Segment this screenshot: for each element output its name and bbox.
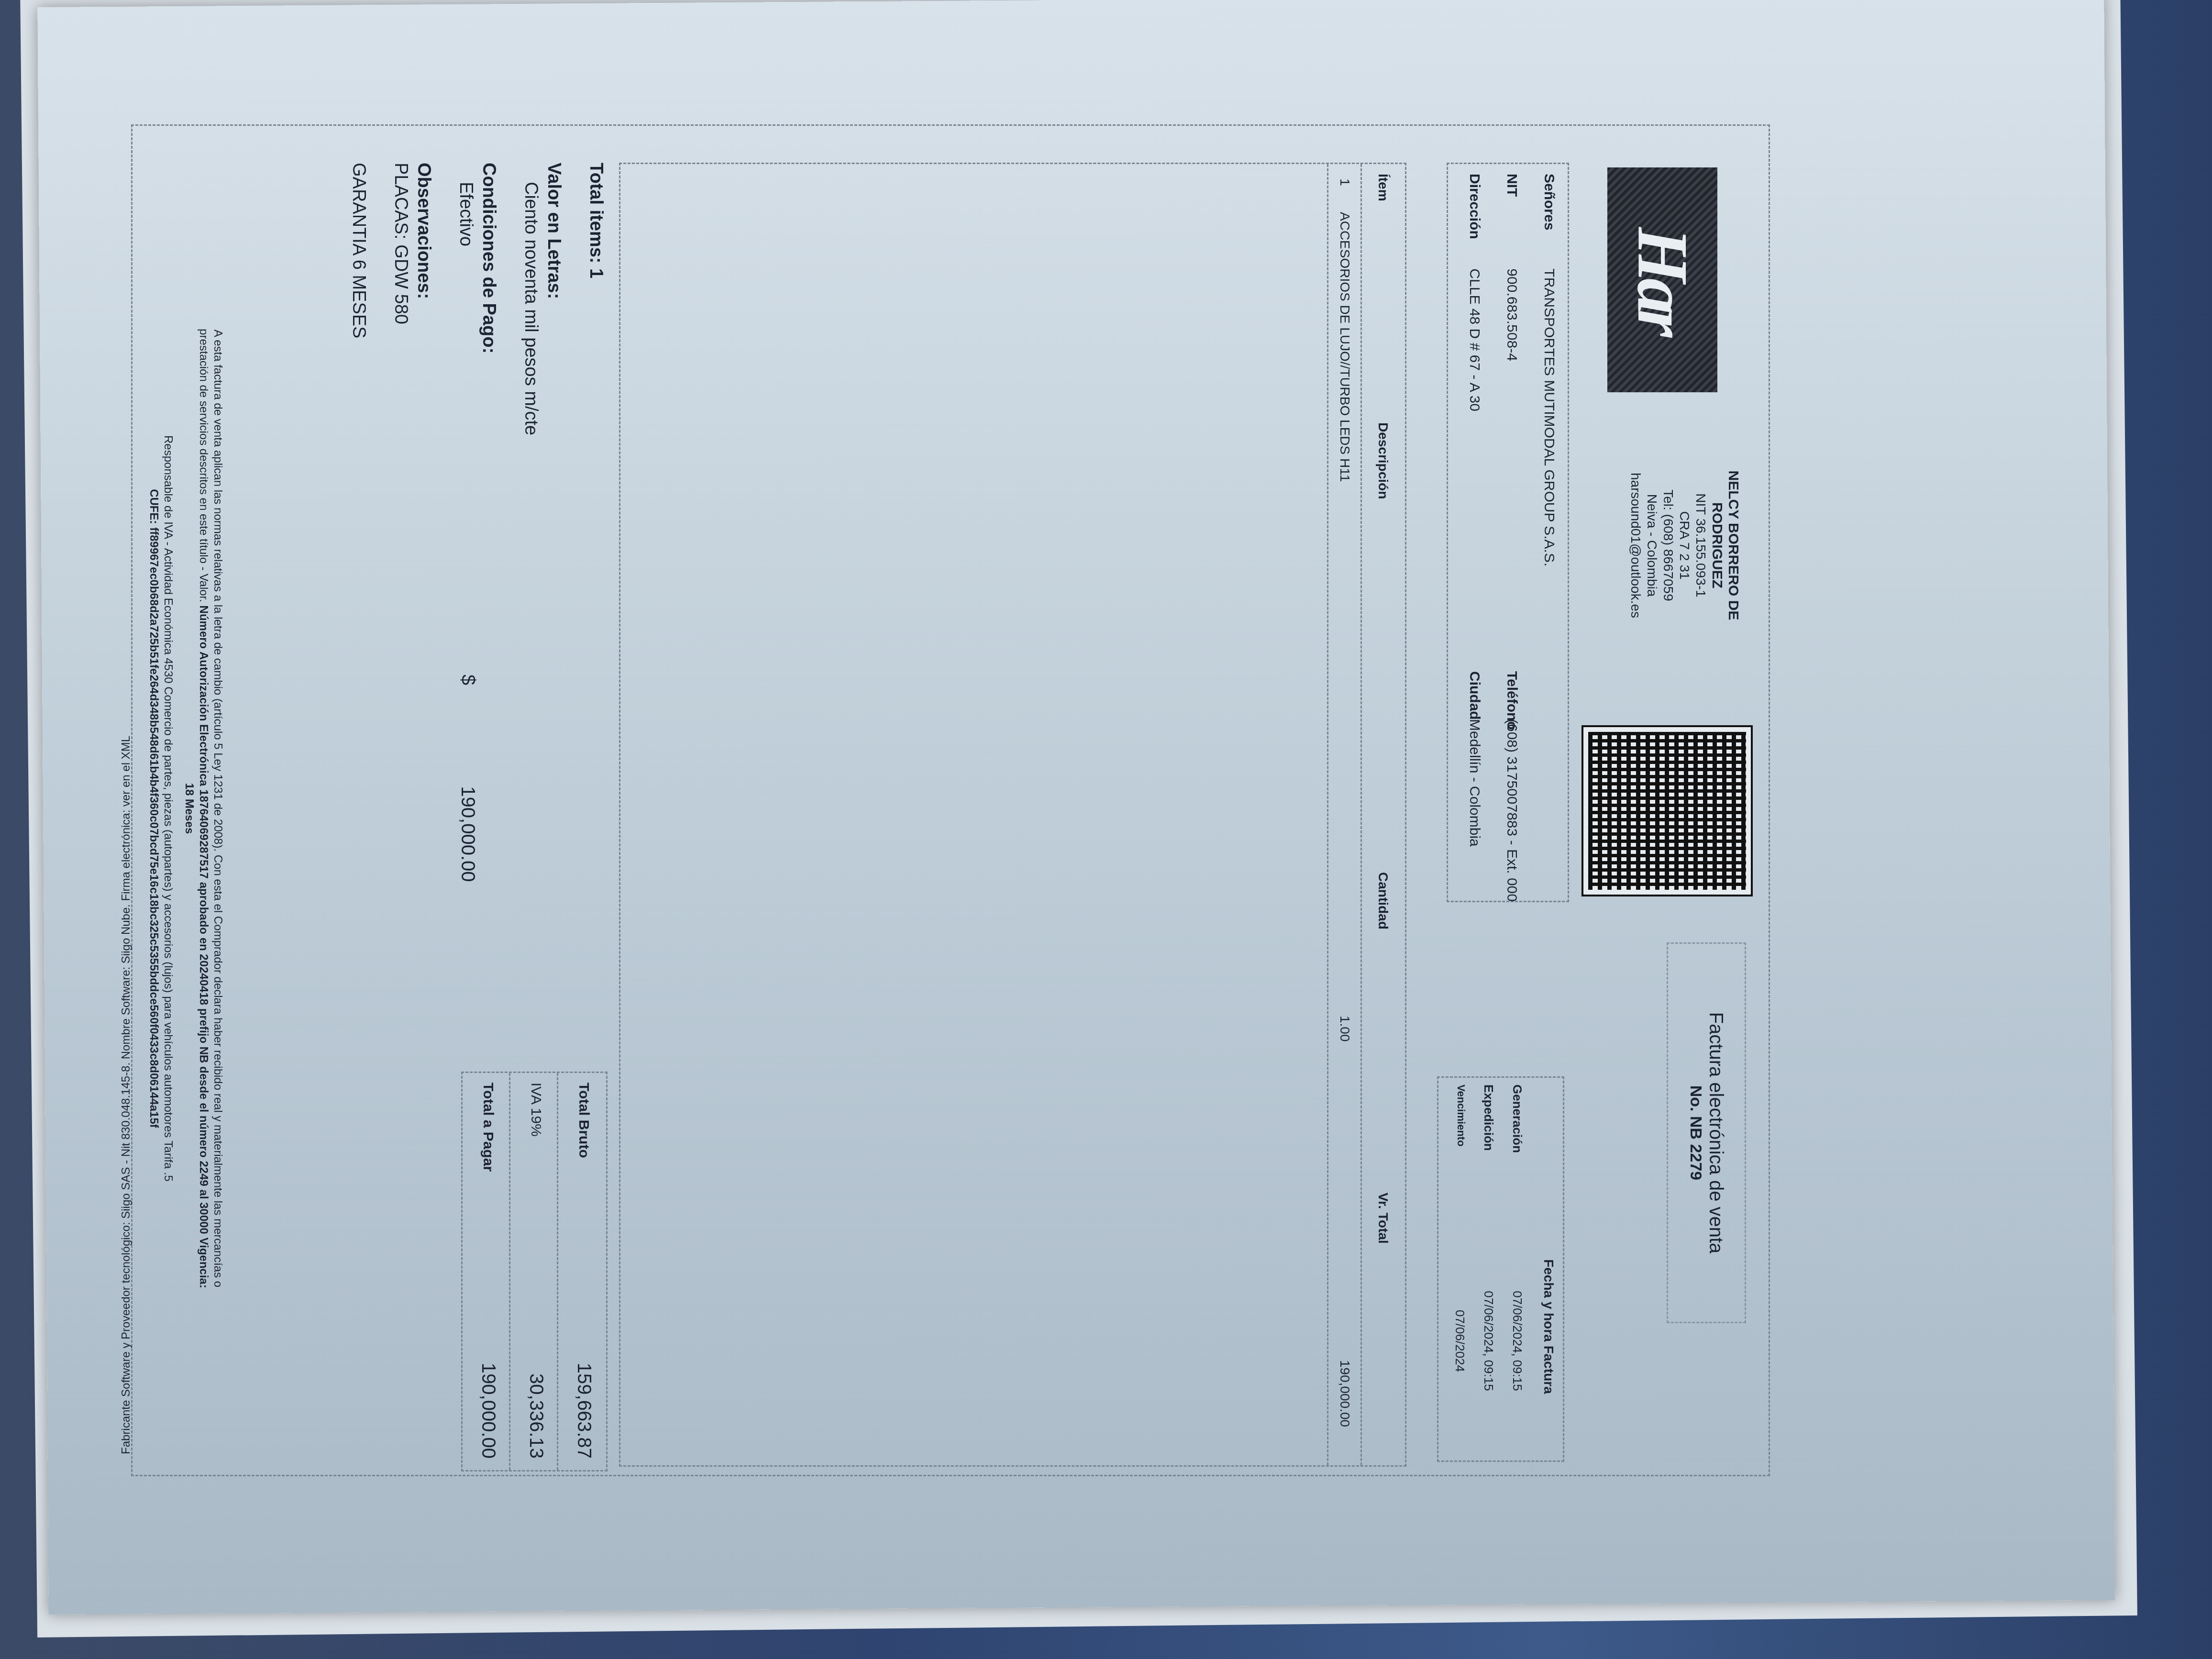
- payment-method: Efectivo: [454, 163, 477, 1024]
- customer-city: Medellín - Colombia: [1466, 719, 1482, 847]
- date-label-due: Vencimiento: [1455, 1084, 1467, 1147]
- seller-name: NELCY BORRERO DE: [1725, 421, 1741, 670]
- customer-box: Señores TRANSPORTES MUTIMODAL GROUP S.A.…: [1447, 163, 1569, 902]
- date-value-generation: 07/06/2024, 09:15: [1510, 1221, 1525, 1460]
- invoice-document: Har NELCY BORRERO DE RODRIGUEZ NIT 36.15…: [115, 124, 1770, 1473]
- value-in-words: Ciento noventa mil pesos m/cte: [520, 163, 542, 1024]
- cufe-code: CUFE: ff89967ec0b68d2a725b51fe264d348b54…: [147, 489, 160, 1128]
- date-label-generation: Generación: [1510, 1084, 1525, 1153]
- items-table: Ítem Descripción Cantidad Vr. Total 1 AC…: [619, 163, 1406, 1467]
- customer-city-label: Ciudad: [1466, 671, 1482, 720]
- authorization-validity: 18 Meses: [183, 783, 196, 834]
- seller-phone: Tel: (608) 8667059: [1660, 421, 1676, 670]
- customer-name: TRANSPORTES MUTIMODAL GROUP S.A.S.: [1541, 268, 1557, 566]
- iva-label: IVA 19%: [528, 1083, 544, 1137]
- currency-symbol: $: [457, 675, 478, 685]
- seller-info: NELCY BORRERO DE RODRIGUEZ NIT 36.155.09…: [1627, 421, 1741, 670]
- customer-address: CLLE 48 D # 67 - A 30: [1466, 268, 1482, 411]
- observations-label: Observaciones:: [412, 163, 435, 1024]
- customer-name-label: Señores: [1541, 174, 1557, 265]
- col-item: Ítem: [1375, 174, 1391, 201]
- company-logo: Har: [1607, 167, 1717, 392]
- seller-nit: NIT 36.155.093-1: [1692, 421, 1709, 670]
- seller-name-2: RODRIGUEZ: [1709, 421, 1725, 670]
- software-provider-note: Fabricante Software y Proveedor tecnológ…: [120, 736, 133, 1454]
- customer-phone: (608) 3175007883 - Ext. 000: [1504, 719, 1520, 902]
- invoice-summary: Total items: 1 Valor en Letras: Ciento n…: [347, 163, 608, 1024]
- customer-nit-label: NIT: [1504, 174, 1520, 265]
- row-total: 190,000.00: [1337, 1360, 1352, 1427]
- seller-email: harsound01@outlook.es: [1627, 421, 1644, 670]
- col-quantity: Cantidad: [1375, 872, 1391, 929]
- items-table-header: Ítem Descripción Cantidad Vr. Total: [1360, 164, 1405, 1465]
- customer-address-label: Dirección: [1466, 174, 1482, 265]
- payment-conditions-label: Condiciones de Pago:: [477, 163, 500, 1024]
- legal-line-1: A esta factura de venta aplican las norm…: [210, 163, 225, 1454]
- document-number: No. NB 2279: [1686, 944, 1705, 1322]
- date-value-expedition: 07/06/2024, 09:15: [1481, 1221, 1496, 1460]
- document-title: Factura electrónica de venta: [1705, 944, 1726, 1322]
- date-value-due: 07/06/2024: [1452, 1221, 1467, 1460]
- seller-city: Neiva - Colombia: [1644, 421, 1660, 670]
- document-title-box: Factura electrónica de venta No. NB 2279: [1667, 942, 1746, 1323]
- col-total: Vr. Total: [1375, 1193, 1391, 1244]
- authorization-number: Número Autorización Electrónica 18764069…: [197, 606, 210, 1288]
- logo-icon: Har: [1621, 227, 1703, 332]
- row-item: 1: [1337, 178, 1352, 186]
- total-items: Total items: 1: [585, 163, 608, 1024]
- total-bruto-label: Total Bruto: [575, 1083, 592, 1158]
- payment-amount: $ 190,000.00: [457, 675, 478, 882]
- total-payable-label: Total a Pagar: [480, 1083, 496, 1172]
- table-row: 1 ACCESORIOS DE LUJO//TURBO LEDS H11 1.0…: [1327, 164, 1362, 1465]
- observation-plates: PLACAS: GDW 580: [389, 163, 412, 1024]
- tax-responsibility: Responsable de IVA - Actividad Económica…: [161, 163, 175, 1454]
- payment-amount-value: 190,000.00: [457, 786, 478, 882]
- iva-value: 30,336.13: [525, 1373, 547, 1459]
- legal-notice: A esta factura de venta aplican las norm…: [146, 163, 225, 1454]
- observation-warranty: GARANTIA 6 MESES: [347, 163, 370, 1024]
- totals-box: Total Bruto 159,663.87 IVA 19% 30,336.13…: [461, 1072, 608, 1471]
- invoice-dates-box: Fecha y hora Factura Generación 07/06/20…: [1437, 1076, 1564, 1462]
- value-in-words-label: Valor en Letras:: [542, 163, 565, 1024]
- row-description: ACCESORIOS DE LUJO//TURBO LEDS H11: [1337, 212, 1352, 482]
- row-quantity: 1.00: [1337, 1016, 1352, 1042]
- qr-code-icon: [1583, 727, 1751, 895]
- col-description: Descripción: [1375, 422, 1391, 499]
- customer-nit: 900.683.508-4: [1504, 268, 1520, 361]
- seller-address: CRA 7 2 31: [1676, 421, 1692, 670]
- legal-line-2: prestación de servicios descritos en est…: [197, 329, 210, 606]
- dates-header: Fecha y hora Factura: [1541, 1193, 1556, 1460]
- date-label-expedition: Expedición: [1481, 1084, 1496, 1151]
- total-payable-value: 190,000.00: [477, 1363, 499, 1459]
- total-bruto-value: 159,663.87: [573, 1363, 595, 1459]
